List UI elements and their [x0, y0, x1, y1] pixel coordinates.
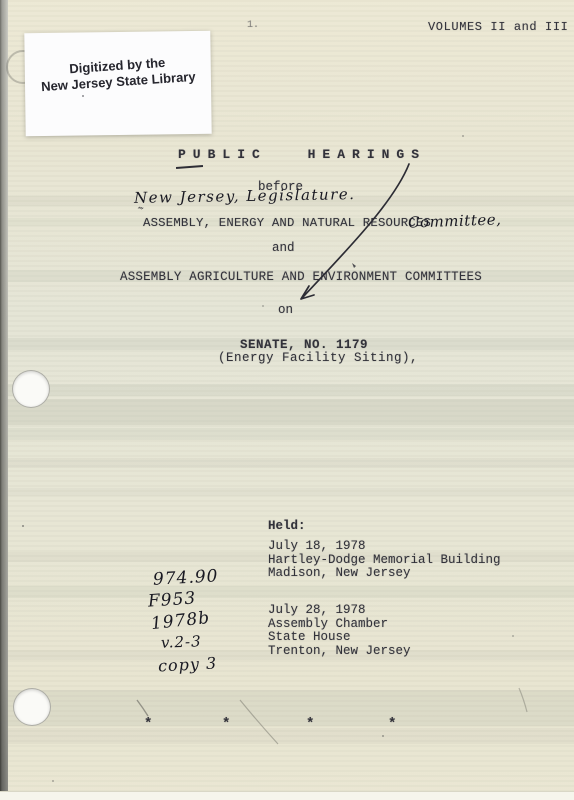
- sticker-text: Digitized by the New Jersey State Librar…: [24, 52, 212, 96]
- held-label: Held:: [268, 519, 306, 533]
- footer-asterisk: *: [144, 716, 152, 732]
- call-number-class: 974.90: [153, 566, 219, 589]
- page-corner-mark: 1.: [247, 20, 259, 31]
- call-number-year: 1978b: [150, 608, 211, 634]
- scan-streak: [0, 488, 574, 496]
- session2-building: State House: [268, 631, 411, 645]
- page-title: PUBLIC HEARINGS: [178, 147, 426, 162]
- ink-speck: [352, 263, 356, 268]
- session2-city: Trenton, New Jersey: [268, 645, 411, 659]
- paper-specks: [82, 95, 84, 97]
- pencil-mark: [240, 700, 278, 744]
- hole-punch: [12, 370, 50, 408]
- session2-venue: Assembly Chamber: [268, 618, 411, 632]
- handwritten-committee: Committee,: [408, 210, 502, 231]
- scan-streak: [0, 399, 574, 425]
- handwritten-organization: New Jersey, Legislature.: [134, 185, 356, 207]
- pencil-mark: [519, 688, 527, 712]
- scan-streak: [0, 384, 574, 396]
- on-label: on: [278, 303, 293, 317]
- scan-streak: [0, 690, 574, 726]
- footer-asterisk: *: [306, 716, 314, 732]
- subject-line-1: SENATE, NO. 1179: [240, 338, 368, 352]
- footer-asterisk: *: [222, 716, 230, 732]
- committee-line-2: ASSEMBLY AGRICULTURE AND ENVIRONMENT COM…: [120, 270, 482, 284]
- binding-shade: [0, 0, 8, 800]
- committee-line-1: ASSEMBLY, ENERGY AND NATURAL RESOURCES: [143, 216, 431, 230]
- scanned-document-page: { "page": { "volume_label": "VOLUMES II …: [0, 0, 574, 800]
- page-bottom-edge: [0, 791, 574, 800]
- volume-label: VOLUMES II and III: [428, 20, 568, 34]
- hole-punch: [13, 688, 51, 726]
- pencil-mark: [144, 382, 145, 393]
- session2-date: July 28, 1978: [268, 604, 411, 618]
- call-number-volume: v.2-3: [161, 632, 202, 651]
- scan-streak: [0, 428, 574, 440]
- pencil-mark: [137, 700, 148, 716]
- scan-streak: [0, 458, 574, 468]
- session1-venue: Hartley-Dodge Memorial Building: [268, 554, 501, 568]
- conjunction-and: and: [272, 241, 295, 255]
- title-underline: [176, 165, 203, 169]
- call-number-cutter: F953: [147, 588, 197, 611]
- session1-date: July 18, 1978: [268, 540, 501, 554]
- scan-streak: [0, 728, 574, 744]
- subject-line-2: (Energy Facility Siting),: [218, 351, 418, 365]
- session-1: July 18, 1978 Hartley-Dodge Memorial Bui…: [268, 540, 501, 581]
- footer-asterisk: *: [388, 716, 396, 732]
- call-number-copy: copy 3: [158, 653, 218, 675]
- scan-streak: [0, 586, 574, 598]
- session-2: July 28, 1978 Assembly Chamber State Hou…: [268, 604, 411, 658]
- digitization-sticker: Digitized by the New Jersey State Librar…: [24, 31, 211, 137]
- session1-city: Madison, New Jersey: [268, 567, 501, 581]
